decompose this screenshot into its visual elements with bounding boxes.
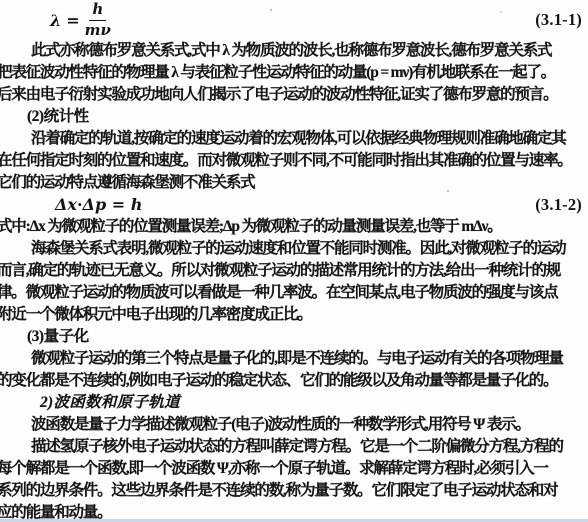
- delta-p-term: Δp: [83, 195, 107, 214]
- paragraph-line: 律。微观粒子运动的物质波可以看做是一种几率波。在空间某点,电子物质波的强度与该点: [0, 282, 588, 304]
- paragraph-line: 的变化都是不连续的,例如电子运动的稳定状态、它们的能级以及角动量等都是量子化的。: [0, 370, 588, 392]
- scan-speck: [270, 9, 272, 11]
- equals-sign: =: [112, 195, 125, 214]
- equation-number-3-1-2: (3.1-2): [535, 194, 582, 216]
- scanned-textbook-page: λ = h mν (3.1-1) 此式亦称德布罗意关系式,式中 λ 为物质波的波…: [0, 0, 588, 522]
- lambda-symbol: λ: [50, 11, 61, 30]
- paragraph-line: 微观粒子运动的第三个特点是量子化的,即是不连续的。与电子运动有关的各项物理量: [31, 348, 588, 370]
- paragraph-line: 描述氢原子核外电子运动状态的方程叫薛定谔方程。它是一个二阶偏微分方程,方程的: [31, 436, 588, 458]
- paragraph-line: 海森堡关系式表明,微观粒子的运动速度和位置不能同时测准。因此,对微观粒子的运动: [31, 238, 588, 260]
- equation-row-uncertainty: Δx·Δp = h (3.1-2): [0, 194, 588, 216]
- heading-statistics: (2)统计性: [27, 106, 588, 128]
- equals-sign: =: [66, 11, 79, 30]
- paragraph-line: 后来由电子衍射实验成功地向人们揭示了电子运动的波动性特征,证实了德布罗意的预言。: [0, 84, 588, 106]
- paragraph-line: 它们的运动特点遵循海森堡测不准关系式: [0, 172, 588, 194]
- paragraph-line: 附近一个微体积元中电子出现的几率密度成正比。: [0, 304, 588, 326]
- heading-quantization: (3)量子化: [27, 326, 588, 348]
- paragraph-line: 在任何指定时刻的位置和速度。而对微观粒子则不同,不可能同时指出其准确的位置与速率…: [0, 150, 588, 172]
- paragraph-line: 系列的边界条件。这些边界条件是不连续的数,称为量子数。它们限定了电子运动状态和对: [0, 480, 588, 502]
- paragraph-line: 此式亦称德布罗意关系式,式中 λ 为物质波的波长,也称德布罗意波长,德布罗意关系…: [31, 40, 588, 62]
- fraction: h mν: [85, 1, 111, 39]
- uncertainty-formula: Δx·Δp = h: [55, 195, 142, 214]
- planck-constant: h: [131, 195, 143, 214]
- paragraph-line: 而言,确定的轨迹已无意义。所以对微观粒子运动的描述常用统计的方法,给出一种统计的…: [0, 260, 588, 282]
- paragraph-line: 式中:Δx 为微观粒子的位置测量误差;Δp 为微观粒子的动量测量误差,也等于 m…: [0, 216, 588, 238]
- paragraph-line: 把表征波动性特征的物理量 λ 与表征粒子性运动特征的动量(p = mν)有机地联…: [0, 62, 588, 84]
- paragraph-line: 波函数是量子力学描述微观粒子(电子)波动性质的一种数学形式,用符号 Ψ 表示。: [31, 414, 588, 436]
- de-broglie-formula: λ = h mν: [50, 1, 111, 39]
- delta-x-term: Δx: [55, 195, 77, 214]
- paragraph-line: 沿着确定的轨道,按确定的速度运动着的宏观物体,可以依据经典物理规则准确地确定其: [31, 128, 588, 150]
- equation-row-de-broglie: λ = h mν (3.1-1): [0, 0, 588, 40]
- heading-wavefunction: 2)波函数和原子轨道: [40, 392, 588, 414]
- fraction-numerator: h: [89, 1, 106, 20]
- paragraph-line: 每个解都是一个函数,即一个波函数 Ψ,亦称一个原子轨道。求解薛定谔方程时,必须引…: [0, 458, 588, 480]
- scan-speck: [500, 11, 502, 13]
- equation-number-3-1-1: (3.1-1): [535, 10, 582, 30]
- fraction-denominator: mν: [85, 21, 111, 39]
- scan-speck: [447, 190, 449, 192]
